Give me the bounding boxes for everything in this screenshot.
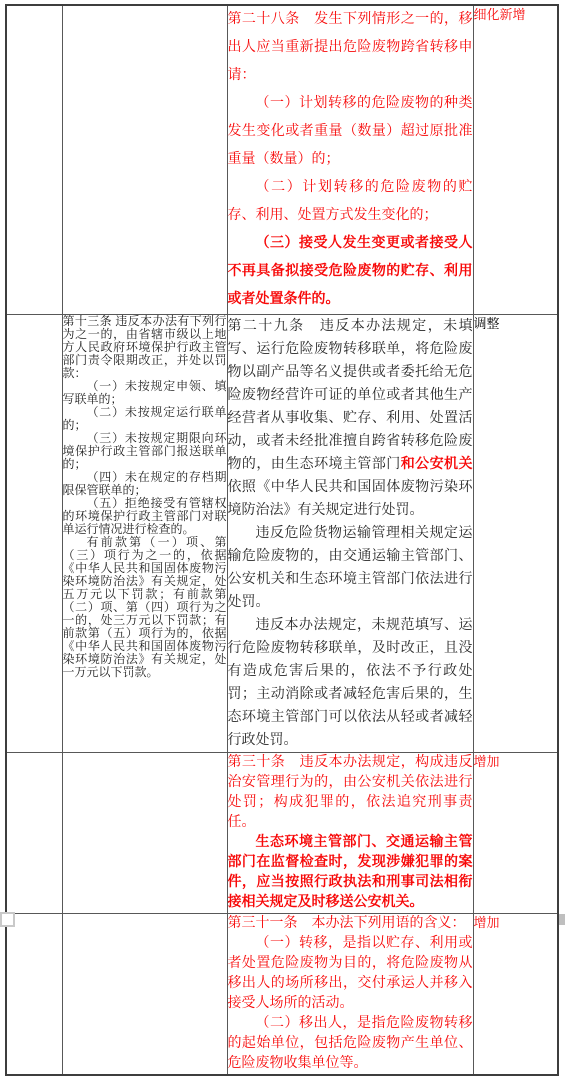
row4-empty-cell-2 (62, 914, 227, 1076)
annotation-cell: 增加 (473, 914, 558, 1076)
article-13-penalty-paragraph: 有前款第（一）项、第（三）项行为之一的，依据《中华人民共和国固体废物污染环境防治… (63, 536, 227, 679)
article-28-cell: 第二十八条 发生下列情形之一的，移出人应当重新提出危险废物跨省转移申请： （一）… (227, 5, 473, 315)
article-13-item-2: （二）未按规定运行联单的； (63, 406, 227, 432)
article-13-item-3: （三）未按规定期限向环境保护行政主管部门报送联单的； (63, 432, 227, 471)
article-13-item-4: （四）未在规定的存档期限保管联单的； (63, 471, 227, 497)
article-29-heading-paragraph: 第二十九条 违反本办法规定，未填写、运行危险废物转移联单，将危险废物以副产品等名… (228, 315, 473, 522)
annotation-cell: 调整 (473, 315, 558, 753)
table-resize-handle-bottom-left[interactable] (0, 912, 15, 927)
regulation-comparison-table: 第二十八条 发生下列情形之一的，移出人应当重新提出危险废物跨省转移申请： （一）… (5, 4, 559, 1076)
article-28-heading-paragraph: 第二十八条 发生下列情形之一的，移出人应当重新提出危险废物跨省转移申请： (228, 6, 473, 90)
article-31-heading-paragraph: 第三十一条 本办法下列用语的含义： (228, 914, 473, 934)
table-row: 第三十一条 本办法下列用语的含义： （一）转移，是指以贮存、利用或者处置危险废物… (6, 914, 558, 1076)
article-29-cell: 第二十九条 违反本办法规定，未填写、运行危险废物转移联单，将危险废物以副产品等名… (227, 315, 473, 753)
table-row: 第十三条 违反本办法有下列行为之一的，由省辖市级以上地方人民政府环境保护行政主管… (6, 315, 558, 753)
article-31-item-2: （二）移出人，是指危险废物转移的起始单位，包括危险废物产生单位、危险废物收集单位… (228, 1014, 473, 1074)
article-28-item-1: （一）计划转移的危险废物的种类发生变化或者重量（数量）超过原批准重量（数量）的； (228, 90, 473, 174)
annotation-label: 细化新增 (474, 7, 526, 22)
article-30-cell: 第三十条 违反本办法规定，构成违反治安管理行为的，由公安机关依法进行处罚；构成犯… (227, 753, 473, 914)
article-30-heading-paragraph: 第三十条 违反本办法规定，构成违反治安管理行为的，由公安机关依法进行处罚；构成犯… (228, 753, 473, 833)
row3-empty-cell-2 (62, 753, 227, 914)
article-29-segment-black-1: 第二十九条 违反本办法规定，未填写、运行危险废物转移联单，将危险废物以副产品等名… (228, 319, 473, 472)
article-28-item-2: （二）计划转移的危险废物的贮存、利用、处置方式发生变化的； (228, 174, 473, 230)
article-29-paragraph-2: 违反危险货物运输管理相关规定运输危险废物的，由交通运输主管部门、公安机关和生态环… (228, 522, 473, 614)
row3-empty-cell-1 (6, 753, 62, 914)
article-13-cell: 第十三条 违反本办法有下列行为之一的，由省辖市级以上地方人民政府环境保护行政主管… (62, 315, 227, 753)
article-28-item-3: （三）接受人发生变更或者接受人不再具备拟接受危险废物的贮存、利用或者处置条件的。 (228, 230, 473, 314)
row2-empty-cell-1 (6, 315, 62, 753)
article-31-cell: 第三十一条 本办法下列用语的含义： （一）转移，是指以贮存、利用或者处置危险废物… (227, 914, 473, 1076)
annotation-label: 增加 (474, 915, 500, 930)
row1-empty-cell-1 (6, 5, 62, 315)
article-31-item-1: （一）转移，是指以贮存、利用或者处置危险废物为目的，将危险废物从移出人的场所移出… (228, 934, 473, 1014)
table-row: 第二十八条 发生下列情形之一的，移出人应当重新提出危险废物跨省转移申请： （一）… (6, 5, 558, 315)
article-13-item-5: （五）拒绝接受有管辖权的环境保护行政主管部门对联单运行情况进行检查的。 (63, 497, 227, 536)
row1-empty-cell-2 (62, 5, 227, 315)
row4-empty-cell-1 (6, 914, 62, 1076)
table-resize-handle-bottom-right[interactable] (559, 914, 565, 925)
annotation-label: 增加 (474, 754, 500, 769)
article-30-paragraph-2: 生态环境主管部门、交通运输主管部门在监督检查时，发现涉嫌犯罪的案件，应当按照行政… (228, 833, 473, 913)
article-29-paragraph-3: 违反本办法规定，未规范填写、运行危险废物转移联单，及时改正，且没有造成危害后果的… (228, 614, 473, 752)
article-13-item-1: （一）未按规定申领、填写联单的； (63, 380, 227, 406)
annotation-label: 调整 (474, 316, 500, 331)
article-13-heading-paragraph: 第十三条 违反本办法有下列行为之一的，由省辖市级以上地方人民政府环境保护行政主管… (63, 315, 227, 380)
article-29-segment-red: 和公安机关 (401, 457, 473, 472)
annotation-cell: 增加 (473, 753, 558, 914)
table-row: 第三十条 违反本办法规定，构成违反治安管理行为的，由公安机关依法进行处罚；构成犯… (6, 753, 558, 914)
article-29-segment-black-2: 依照《中华人民共和国固体废物污染环境防治法》有关规定进行处罚。 (228, 480, 473, 518)
annotation-cell: 细化新增 (473, 5, 558, 315)
